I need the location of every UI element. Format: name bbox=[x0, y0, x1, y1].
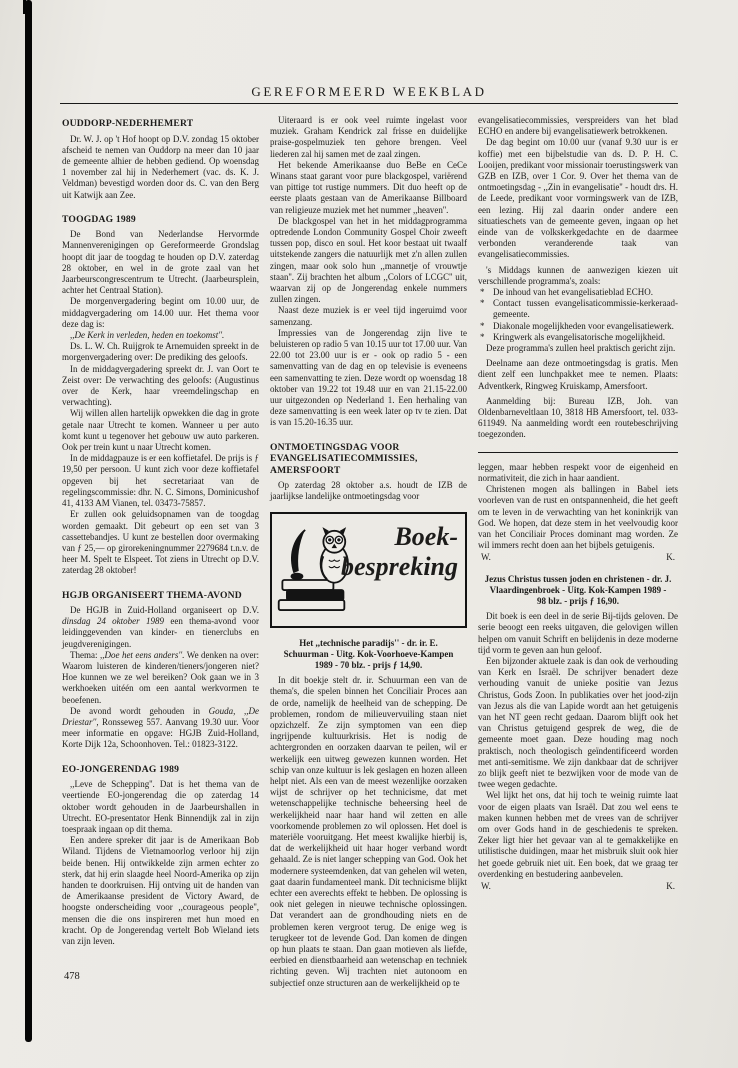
signature-left: W. bbox=[481, 881, 491, 892]
paragraph: Op zaterdag 28 oktober a.s. houdt de IZB… bbox=[270, 480, 467, 502]
scanned-magazine-page: GEREFORMEERD WEEKBLAD OUDDORP-NEDERHEMER… bbox=[0, 0, 738, 1068]
scan-edge-artifact-top bbox=[23, 0, 26, 14]
article-heading-toogdag: TOOGDAG 1989 bbox=[62, 214, 259, 226]
list-item: * De inhoud van het evangelisatieblad EC… bbox=[478, 287, 678, 298]
paragraph: leggen, maar hebben respekt voor de eige… bbox=[478, 462, 678, 484]
theme-line: ,,De Kerk in verleden, heden en toekomst… bbox=[62, 330, 259, 341]
article-heading-eo: EO-JONGERENDAG 1989 bbox=[62, 764, 259, 776]
paragraph: ,,Leve de Schepping''. Dat is het thema … bbox=[62, 779, 259, 835]
paragraph: Uiteraard is er ook veel ruimte ingelast… bbox=[270, 115, 467, 160]
scan-edge-artifact bbox=[25, 0, 32, 1042]
list-item-text: De inhoud van het evangelisatieblad ECHO… bbox=[493, 287, 678, 298]
text-run: Thema: bbox=[70, 650, 100, 660]
boekbespreking-line2: bespreking bbox=[341, 552, 458, 582]
review2-header: Jezus Christus tussen joden en christene… bbox=[478, 574, 678, 608]
paragraph: Ds. L. W. Ch. Ruijgrok te Arnemuiden spr… bbox=[62, 341, 259, 363]
list-item-text: Diakonale mogelijkheden voor evangelisat… bbox=[493, 321, 678, 332]
column-3: evangelisatiecommissies, verspreiders va… bbox=[478, 115, 678, 989]
list-item-text: Kringwerk als evangelisatorische mogelij… bbox=[493, 332, 678, 343]
section-divider-rule bbox=[478, 452, 678, 453]
masthead-rule bbox=[60, 103, 678, 104]
paragraph: In de middagpauze is er een koffietafel.… bbox=[62, 453, 259, 509]
paragraph: Er zullen ook geluidsopnamen van de toog… bbox=[62, 509, 259, 576]
bullet-marker: * bbox=[478, 298, 493, 320]
boekbespreking-line1: Boek- bbox=[341, 522, 458, 552]
paragraph: Impressies van de Jongerendag zijn live … bbox=[270, 328, 467, 429]
article-heading-ontmoetingsdag: ONTMOETINGSDAG VOOR EVANGELISATIECOMMISS… bbox=[270, 442, 467, 477]
list-item: * Contact tussen evangelisaticommissie-k… bbox=[478, 298, 678, 320]
article-columns: OUDDORP-NEDERHEMERT Dr. W. J. op 't Hof … bbox=[62, 115, 678, 989]
paragraph: Dit boek is een deel in de serie Bij-tij… bbox=[478, 611, 678, 656]
paragraph: De Bond van Nederlandse Hervormde Mannen… bbox=[62, 229, 259, 296]
paragraph: Deelname aan deze ontmoetingsdag is grat… bbox=[478, 358, 678, 392]
signature-right: K. bbox=[666, 881, 675, 892]
paragraph: Christenen mogen als ballingen in Babel … bbox=[478, 484, 678, 551]
paragraph: De dag begint om 10.00 uur (vanaf 9.30 u… bbox=[478, 137, 678, 260]
paragraph: In de middagvergadering spreekt dr. J. v… bbox=[62, 364, 259, 409]
list-item: * Kringwerk als evangelisatorische mogel… bbox=[478, 332, 678, 343]
column-1: OUDDORP-NEDERHEMERT Dr. W. J. op 't Hof … bbox=[62, 115, 259, 989]
text-run: De HGJB in Zuid-Holland organiseert op D… bbox=[70, 605, 259, 615]
list-item-text: Contact tussen evangelisaticommissie-ker… bbox=[493, 298, 678, 320]
text-run: De avond wordt gehouden in bbox=[70, 706, 209, 716]
list-item: * Diakonale mogelijkheden voor evangelis… bbox=[478, 321, 678, 332]
paragraph: Een bijzonder aktuele zaak is dan ook de… bbox=[478, 656, 678, 790]
article-heading-ouddorp: OUDDORP-NEDERHEMERT bbox=[62, 118, 259, 130]
text-run-italic: dinsdag 24 oktober 1989 bbox=[62, 616, 164, 626]
text-run-italic: ,,Doe het eens anders''. bbox=[100, 650, 185, 660]
column-2: Uiteraard is er ook veel ruimte ingelast… bbox=[270, 115, 467, 989]
reviewer-signature: W. K. bbox=[478, 881, 678, 892]
article-heading-hgjb: HGJB ORGANISEERT THEMA-AVOND bbox=[62, 590, 259, 602]
paragraph: Naast deze muziek is er veel tijd ingeru… bbox=[270, 305, 467, 327]
paragraph: Deze programma's zullen heel praktisch g… bbox=[478, 343, 678, 354]
paragraph: evangelisatiecommissies, verspreiders va… bbox=[478, 115, 678, 137]
signature-right: K. bbox=[666, 552, 675, 563]
boekbespreking-title: Boek- bespreking bbox=[341, 522, 458, 582]
paragraph: In dit boekje stelt dr. ir. Schuurman ee… bbox=[270, 675, 467, 989]
paragraph: Wij willen allen hartelijk opwekken die … bbox=[62, 408, 259, 453]
bullet-marker: * bbox=[478, 287, 493, 298]
masthead-title: GEREFORMEERD WEEKBLAD bbox=[0, 84, 738, 100]
paragraph: Thema: ,,Doe het eens anders''. We denke… bbox=[62, 650, 259, 706]
paragraph: De avond wordt gehouden in Gouda, ,,De D… bbox=[62, 706, 259, 751]
paragraph: Aanmelding bij: Bureau IZB, Joh. van Old… bbox=[478, 396, 678, 441]
paragraph: Wel lijkt het ons, dat hij toch te weini… bbox=[478, 790, 678, 880]
page-number: 478 bbox=[62, 971, 259, 982]
paragraph: De HGJB in Zuid-Holland organiseert op D… bbox=[62, 605, 259, 650]
paragraph: De blackgospel van het in het middagprog… bbox=[270, 216, 467, 306]
reviewer-signature: W. K. bbox=[478, 552, 678, 563]
review1-header: Het ,,technische paradijs'' - dr. ir. E.… bbox=[270, 638, 467, 672]
paragraph: 's Middags kunnen de aanwezigen kiezen u… bbox=[478, 265, 678, 287]
paragraph: Het bekende Amerikaanse duo BeBe en CeCe… bbox=[270, 160, 467, 216]
paragraph: Dr. W. J. op 't Hof hoopt op D.V. zondag… bbox=[62, 134, 259, 201]
paragraph: Een andere spreker dit jaar is de Amerik… bbox=[62, 835, 259, 947]
bullet-marker: * bbox=[478, 332, 493, 343]
signature-left: W. bbox=[481, 552, 491, 563]
boekbespreking-box: Boek- bespreking bbox=[270, 512, 467, 628]
bullet-marker: * bbox=[478, 321, 493, 332]
paragraph: De morgenvergadering begint om 10.00 uur… bbox=[62, 296, 259, 330]
